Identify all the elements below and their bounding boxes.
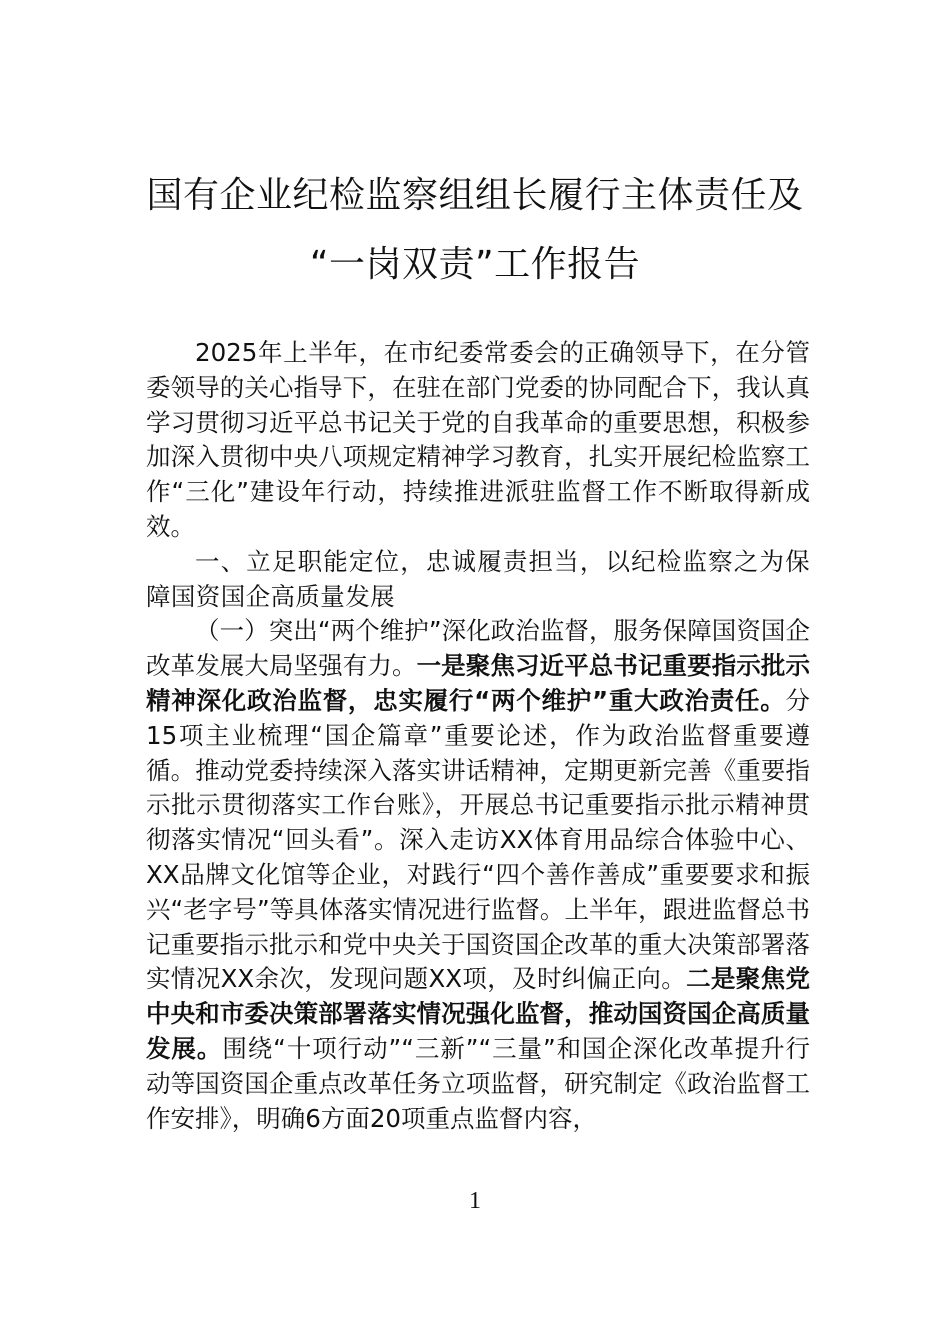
point-1-text: 分15项主业梳理“国企篇章”重要论述，作为政治监督重要遵循。推动党委持续深入落实… <box>146 686 810 993</box>
document-page: 国有企业纪检监察组组长履行主体责任及 “一岗双责”工作报告 2025年上半年，在… <box>0 0 950 1344</box>
point-2-text: 围绕“十项行动”“三新”“三量”和国企深化改革提升行动等国资国企重点改革任务立项… <box>146 1034 810 1133</box>
page-number: 1 <box>0 1188 950 1215</box>
document-body: 2025年上半年，在市纪委常委会的正确领导下，在分管委领导的关心指导下，在驻在部… <box>146 336 810 1136</box>
section-1-heading: 一、立足职能定位，忠诚履责担当，以纪检监察之为保障国资国企高质量发展 <box>146 545 810 615</box>
subsection-1-paragraph: （一）突出“两个维护”深化政治监督，服务保障国资国企改革发展大局坚强有力。一是聚… <box>146 614 810 1136</box>
intro-paragraph: 2025年上半年，在市纪委常委会的正确领导下，在分管委领导的关心指导下，在驻在部… <box>146 336 810 545</box>
document-title-line-1: 国有企业纪检监察组组长履行主体责任及 <box>0 176 950 216</box>
document-title-line-2: “一岗双责”工作报告 <box>0 245 950 285</box>
